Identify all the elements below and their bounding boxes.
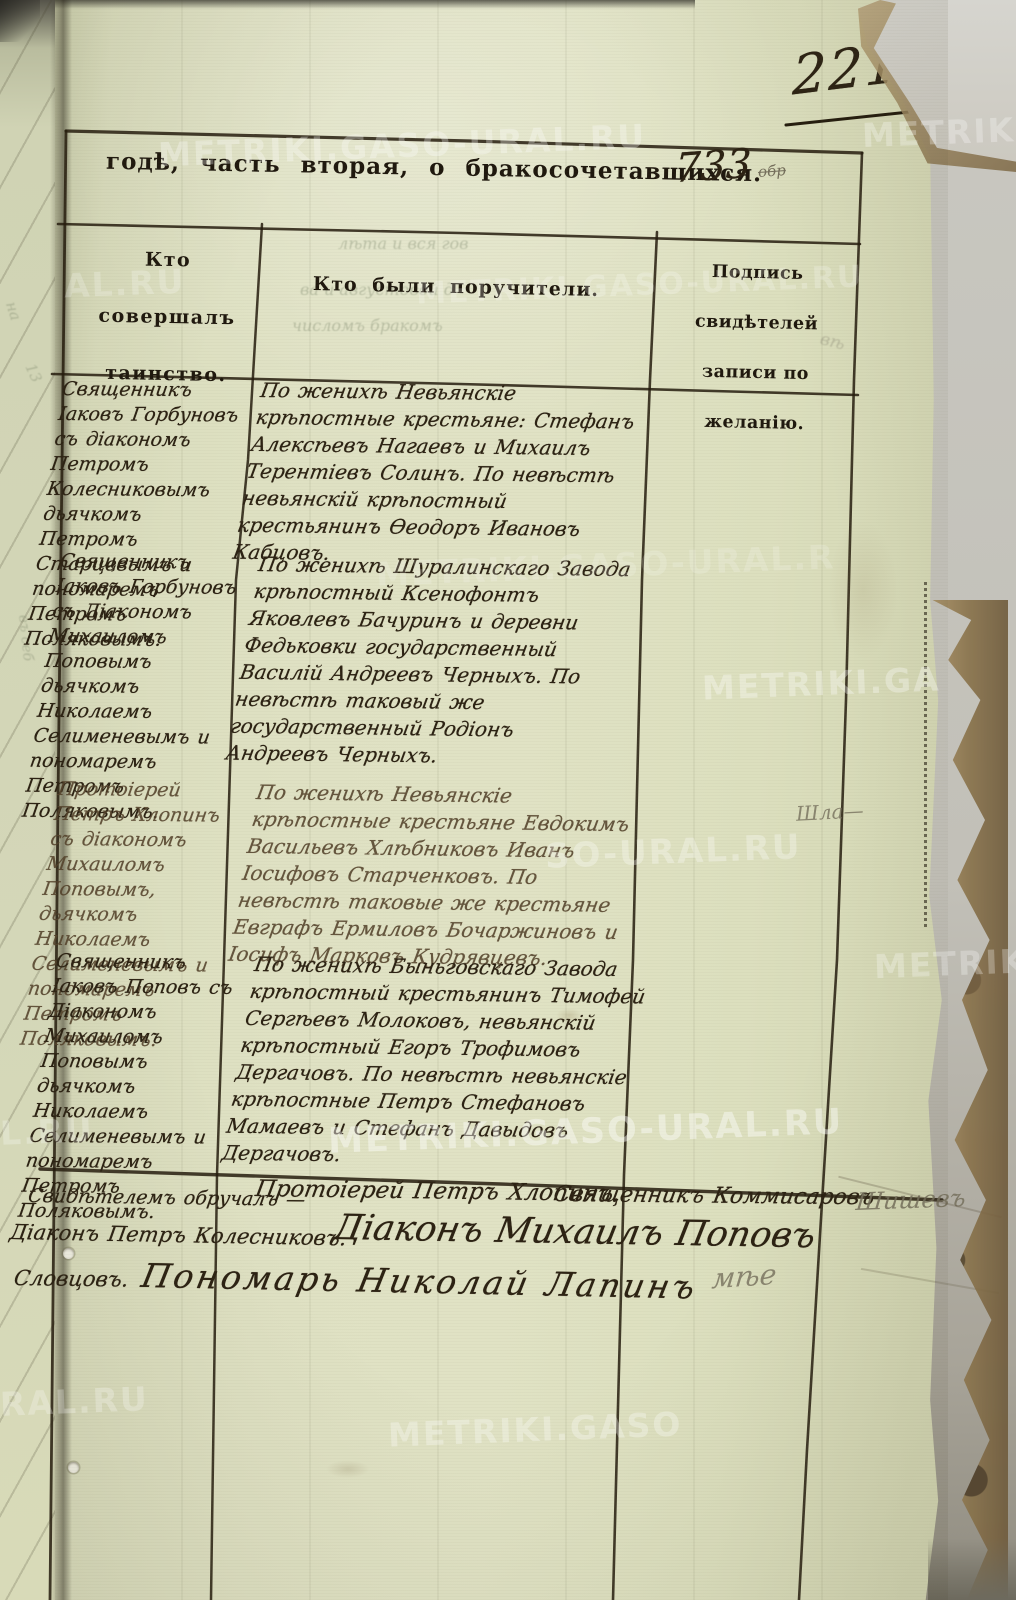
column-header-witness: Подпись свидѣтелей записи по желанію. xyxy=(658,246,854,450)
footer-line2-deacon-large-signature: Діаконъ Михаилъ Поповъ xyxy=(330,1208,819,1256)
sheet-number-note: обр xyxy=(757,161,786,181)
column-header-witness-line1: Подпись свидѣтелей xyxy=(660,246,854,350)
entry-3-guarantors: По женихѣ Невьянскіе крѣпостные крестьян… xyxy=(226,779,653,973)
scanned-register-page: на 13 въ себ лѣта и вся гов ва и августо… xyxy=(0,0,1016,1600)
page-edge-shadow xyxy=(924,582,927,927)
punch-hole xyxy=(63,1248,74,1259)
column-header-witness-line2: записи по желанію. xyxy=(658,346,852,450)
entry-1-guarantors: По женихѣ Невьянскіе крѣпостные крестьян… xyxy=(231,377,653,570)
entry-4-officiant: Священникъ Іаковъ Поповъ съ Діакономъ Ми… xyxy=(16,949,254,1226)
sheet-number: 733 xyxy=(674,141,752,193)
bottom-right-shadow xyxy=(928,1538,1016,1600)
column-header-officiant-line1: Кто совершалъ xyxy=(81,230,253,347)
footer-line1-pencil-signature: Шишевъ xyxy=(855,1184,968,1216)
punch-hole xyxy=(68,1462,79,1473)
entry-2-guarantors: По женихѣ Шуралинскаго Завода крѣпостный… xyxy=(224,551,653,772)
footer-line1-priest-signature: Священникъ Коммисаровъ xyxy=(552,1182,877,1210)
entry-3-witness-pencil-mark: Шла— xyxy=(795,798,864,825)
footer-line3-left-signature: Словцовъ. xyxy=(12,1266,130,1292)
entry-4-guarantors: По женихѣ Быньговскаго Завода крѣпостный… xyxy=(220,951,653,1172)
footer-line3-pencil-mark: мѣе xyxy=(710,1258,778,1296)
